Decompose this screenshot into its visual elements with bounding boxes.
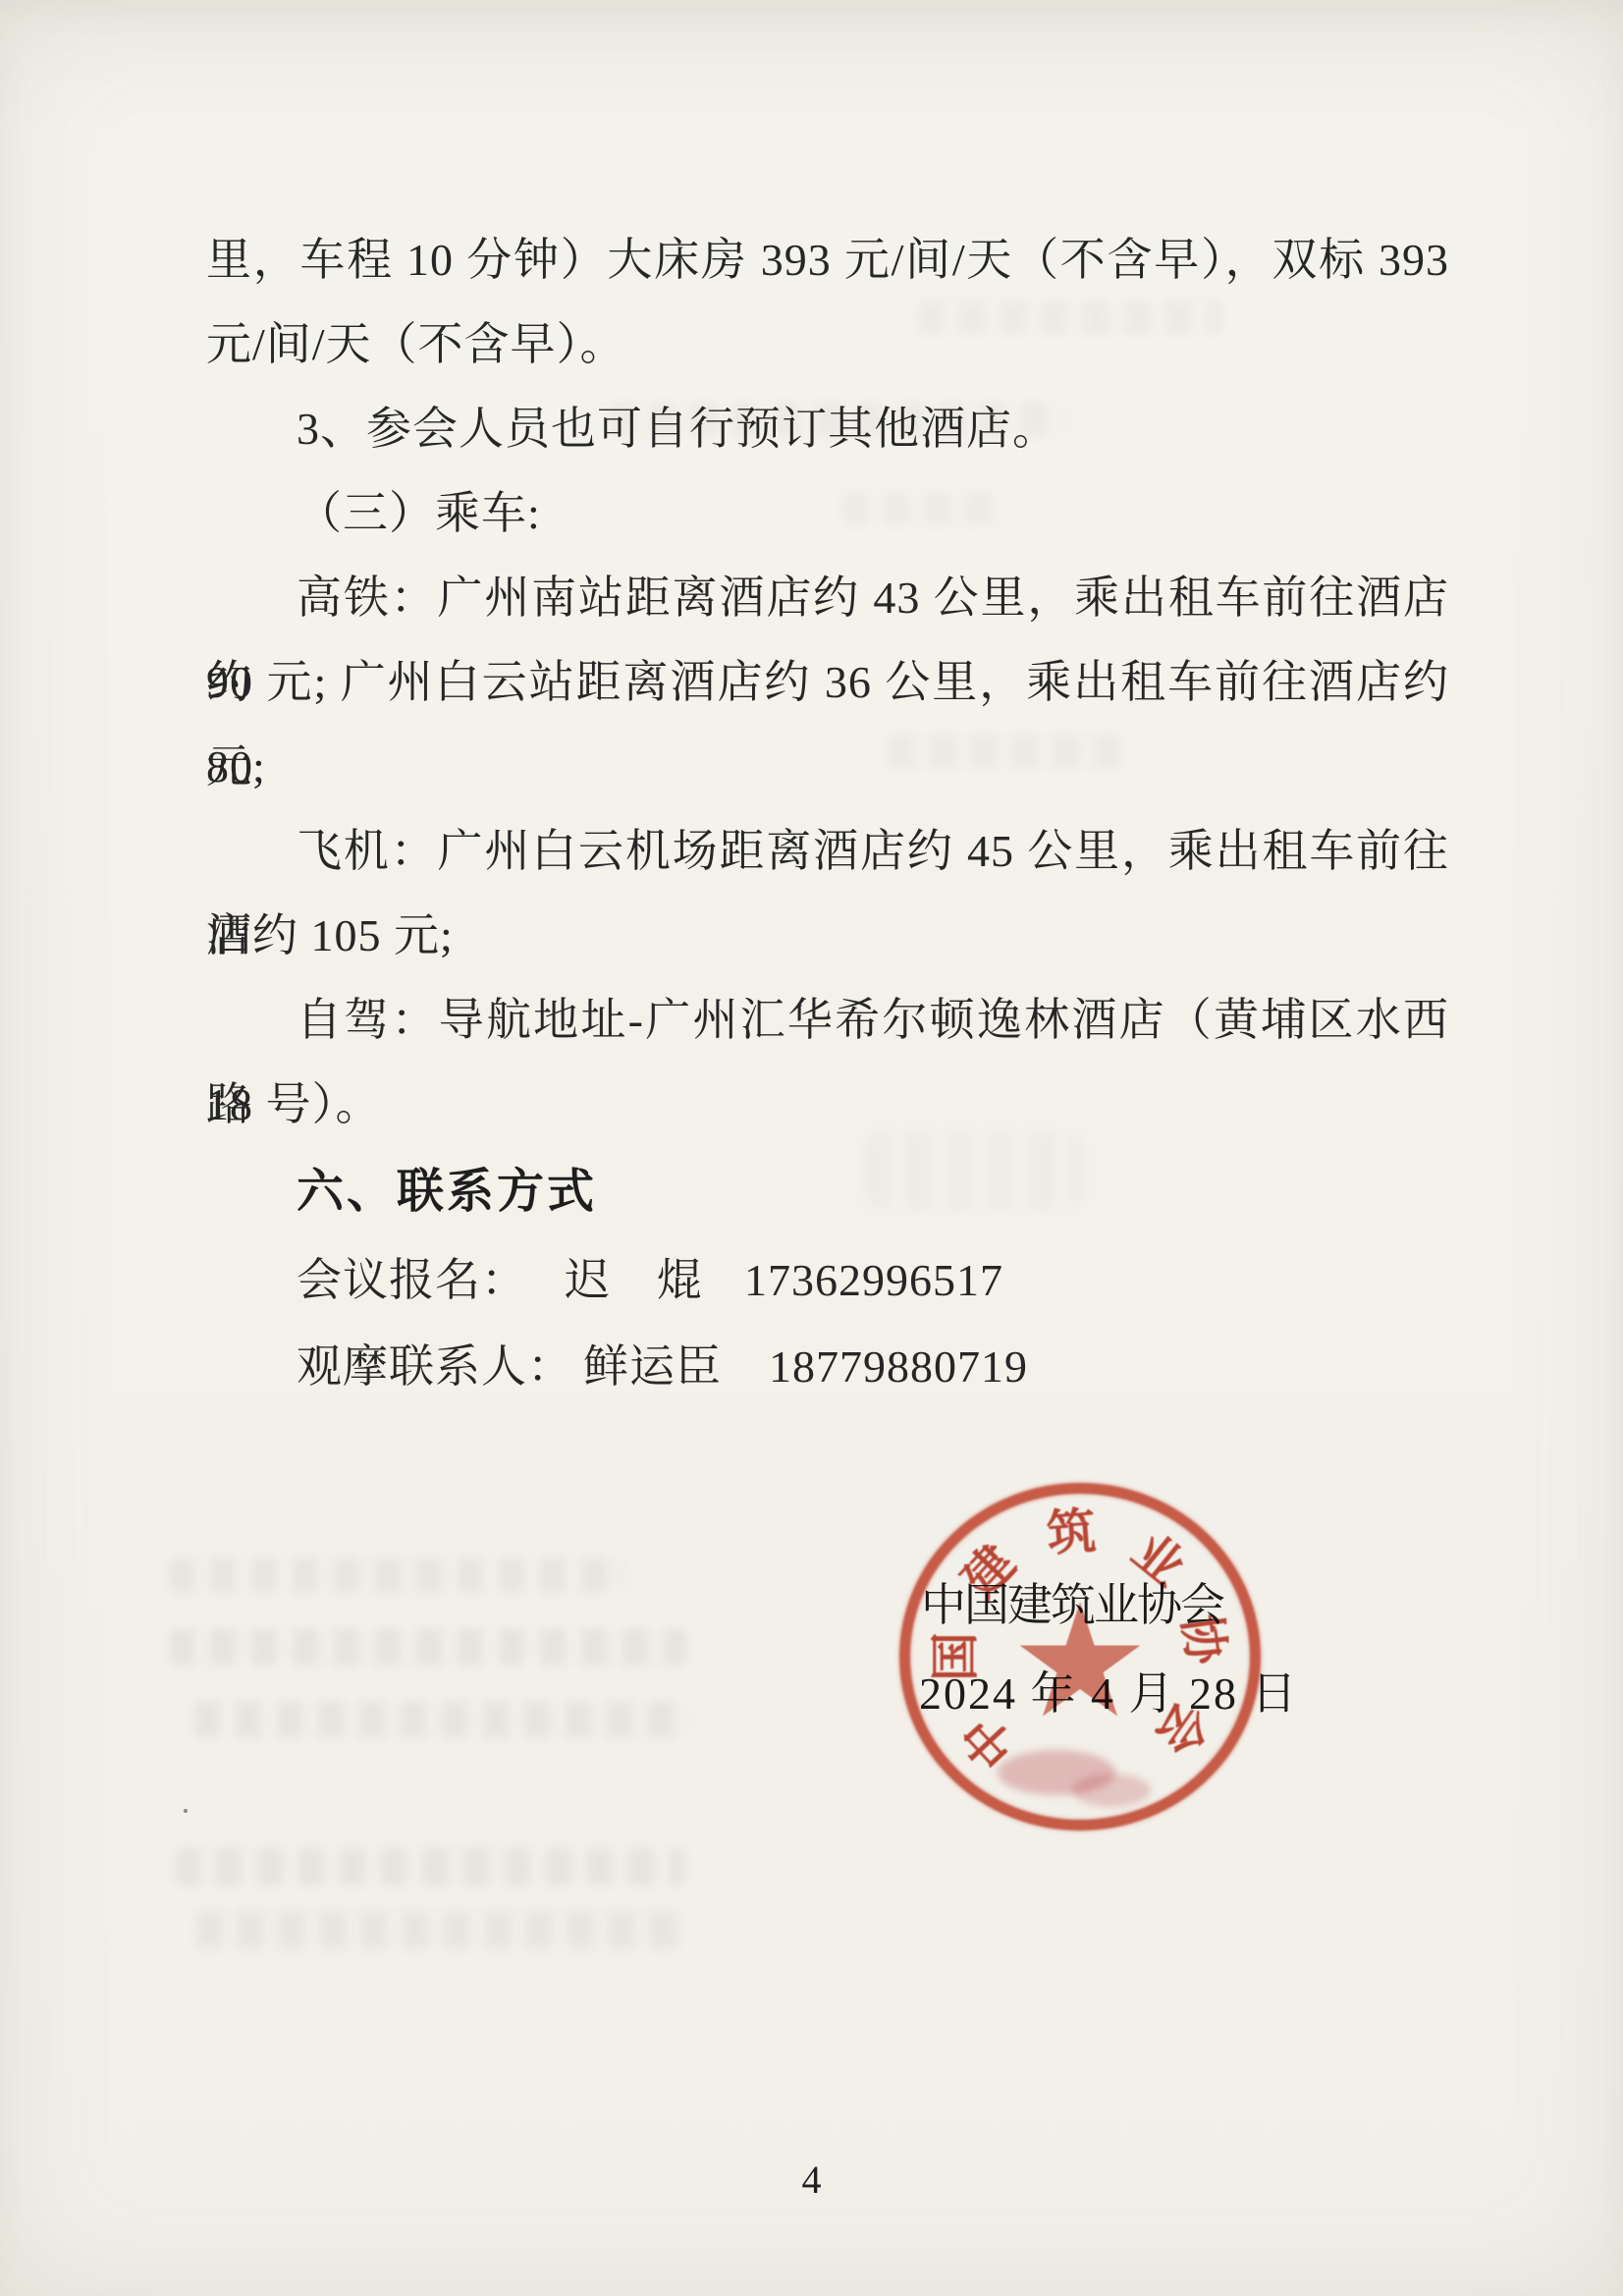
contact-row-registration: 会议报名：迟 焜17362996517 bbox=[206, 1237, 1449, 1324]
bleedthrough-smudge bbox=[169, 1558, 625, 1593]
contact-row-observation: 观摩联系人：鲜运臣18779880719 bbox=[206, 1324, 1449, 1410]
section-heading-contact: 六、联系方式 bbox=[206, 1147, 1449, 1237]
bleedthrough-smudge bbox=[175, 1848, 685, 1886]
official-seal: 中 国 建 筑 业 协 会 ★ bbox=[899, 1483, 1261, 1831]
body-line-6: 90 元; 广州白云站距离酒店约 36 公里，乘出租车前往酒店约 80 bbox=[206, 640, 1449, 725]
body-line-1: 里，车程 10 分钟）大床房 393 元/间/天（不含早），双标 393 bbox=[206, 218, 1449, 302]
signature-organization: 中国建筑业协会 bbox=[921, 1569, 1223, 1634]
body-line-11: 18 号）。 bbox=[206, 1063, 1449, 1147]
body-line-10: 自驾：导航地址-广州汇华希尔顿逸林酒店（黄埔区水西路 bbox=[206, 978, 1449, 1063]
body-line-7: 元; bbox=[206, 725, 1449, 809]
document-body: 里，车程 10 分钟）大床房 393 元/间/天（不含早），双标 393 元/间… bbox=[206, 218, 1449, 1410]
scanned-document-page: 里，车程 10 分钟）大床房 393 元/间/天（不含早），双标 393 元/间… bbox=[0, 0, 1623, 2296]
signature-date: 2024 年 4 月 28 日 bbox=[919, 1658, 1299, 1722]
contact-label: 会议报名： bbox=[297, 1255, 527, 1305]
contact-phone: 18779880719 bbox=[769, 1341, 1028, 1392]
body-line-9: 店约 105 元; bbox=[206, 894, 1449, 978]
contact-name: 鲜运臣 bbox=[583, 1341, 722, 1392]
body-line-4: （三）乘车: bbox=[206, 471, 1449, 556]
ink-speck bbox=[184, 1809, 188, 1813]
bleedthrough-smudge bbox=[169, 1628, 687, 1666]
contact-label: 观摩联系人： bbox=[297, 1341, 573, 1392]
bleedthrough-smudge bbox=[196, 1911, 687, 1948]
seal-ink-smudge bbox=[1072, 1774, 1151, 1807]
body-line-3: 3、参会人员也可自行预订其他酒店。 bbox=[206, 387, 1449, 471]
page-number: 4 bbox=[0, 2157, 1623, 2203]
seal-arc-char: 筑 bbox=[1043, 1503, 1100, 1560]
contact-name: 迟 焜 bbox=[565, 1255, 703, 1305]
body-line-5: 高铁：广州南站距离酒店约 43 公里，乘出租车前往酒店约 bbox=[206, 556, 1449, 640]
body-line-2: 元/间/天（不含早）。 bbox=[206, 302, 1449, 387]
body-line-8: 飞机：广州白云机场距离酒店约 45 公里，乘出租车前往酒 bbox=[206, 809, 1449, 894]
contact-phone: 17362996517 bbox=[744, 1255, 1003, 1305]
bleedthrough-smudge bbox=[194, 1701, 690, 1738]
